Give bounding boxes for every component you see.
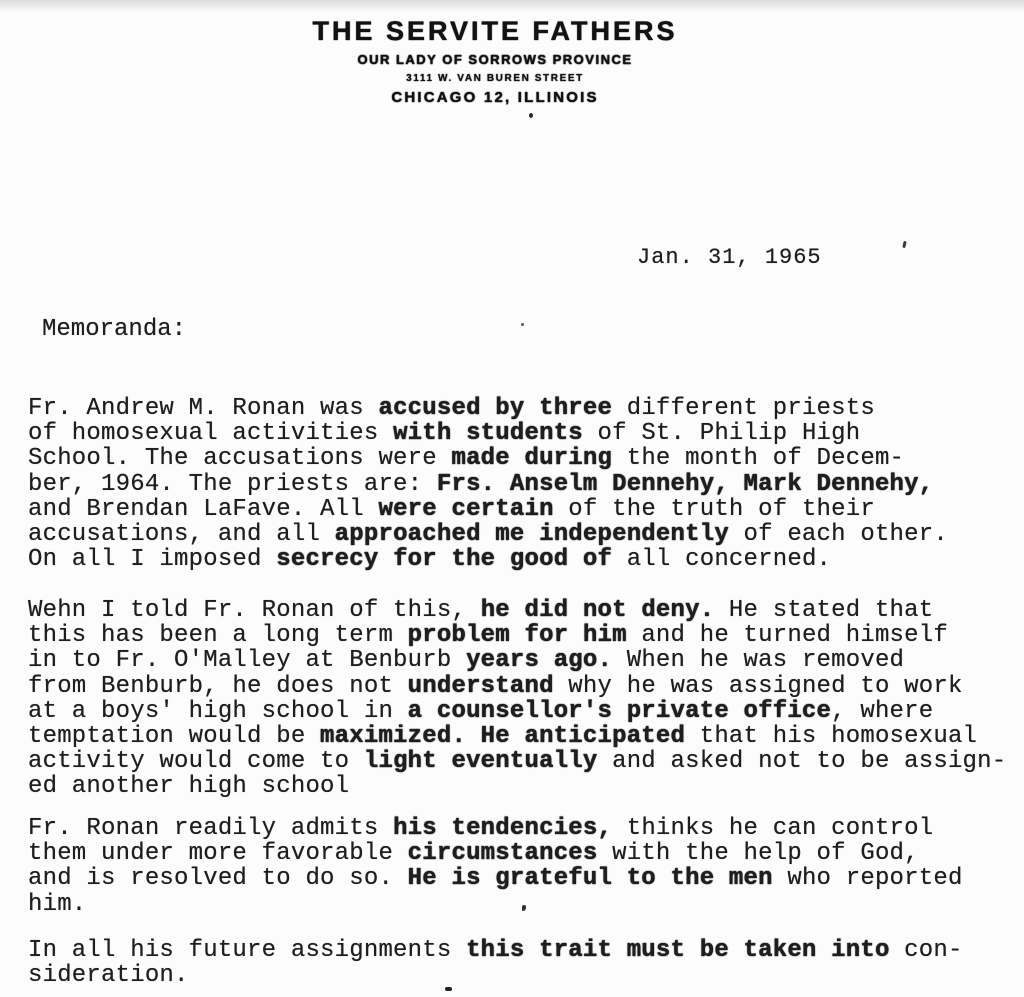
memo-line: On all I imposed secrecy for the good of… [28,547,1024,572]
memo-line: them under more favorable circumstances … [28,841,1024,866]
memo-line: In all his future assignments this trait… [28,938,1024,963]
memo-line: temptation would be maximized. He antici… [28,724,1024,749]
paragraph-4: In all his future assignments this trait… [28,938,1024,988]
scan-speck [529,113,533,118]
letterhead-org-name: THE SERVITE FATHERS [0,16,990,47]
memo-line: ed another high school [28,774,1024,799]
memo-line: and Brendan LaFave. All were certain of … [28,497,1024,522]
memo-line: and is resolved to do so. He is grateful… [28,866,1024,891]
memo-line: sideration. [28,963,1024,988]
letterhead: THE SERVITE FATHERS OUR LADY OF SORROWS … [0,16,1024,106]
memo-date: Jan. 31, 1965 [637,245,822,270]
scanned-memo-page: THE SERVITE FATHERS OUR LADY OF SORROWS … [0,0,1024,997]
scan-speck [902,241,906,248]
memo-line: accusations, and all approached me indep… [28,522,1024,547]
letterhead-street-address: 3111 W. VAN BUREN STREET [0,73,990,84]
paragraph-1: Fr. Andrew M. Ronan was accused by three… [28,396,1024,572]
memo-line: from Benburb, he does not understand why… [28,674,1024,699]
paragraph-3: Fr. Ronan readily admits his tendencies,… [28,816,1024,917]
memo-line: School. The accusations were made during… [28,446,1024,471]
letterhead-city: CHICAGO 12, ILLINOIS [0,89,990,106]
memo-line: him. [28,892,1024,917]
memo-line: Fr. Ronan readily admits his tendencies,… [28,816,1024,841]
memo-line: activity would come to light eventually … [28,749,1024,774]
memo-salutation: Memoranda: [42,316,186,343]
paragraph-2: Wehn I told Fr. Ronan of this, he did no… [28,598,1024,800]
memo-line: in to Fr. O'Malley at Benburb years ago.… [28,648,1024,673]
memo-line: this has been a long term problem for hi… [28,623,1024,648]
memo-line: Fr. Andrew M. Ronan was accused by three… [28,396,1024,421]
memo-line: Wehn I told Fr. Ronan of this, he did no… [28,598,1024,623]
scan-speck [521,323,524,326]
scan-speck [445,987,452,991]
letterhead-province: OUR LADY OF SORROWS PROVINCE [0,52,990,67]
memo-line: at a boys' high school in a counsellor's… [28,699,1024,724]
memo-line: ber, 1964. The priests are: Frs. Anselm … [28,472,1024,497]
scan-top-shadow [0,0,1024,12]
memo-line: of homosexual activities with students o… [28,421,1024,446]
